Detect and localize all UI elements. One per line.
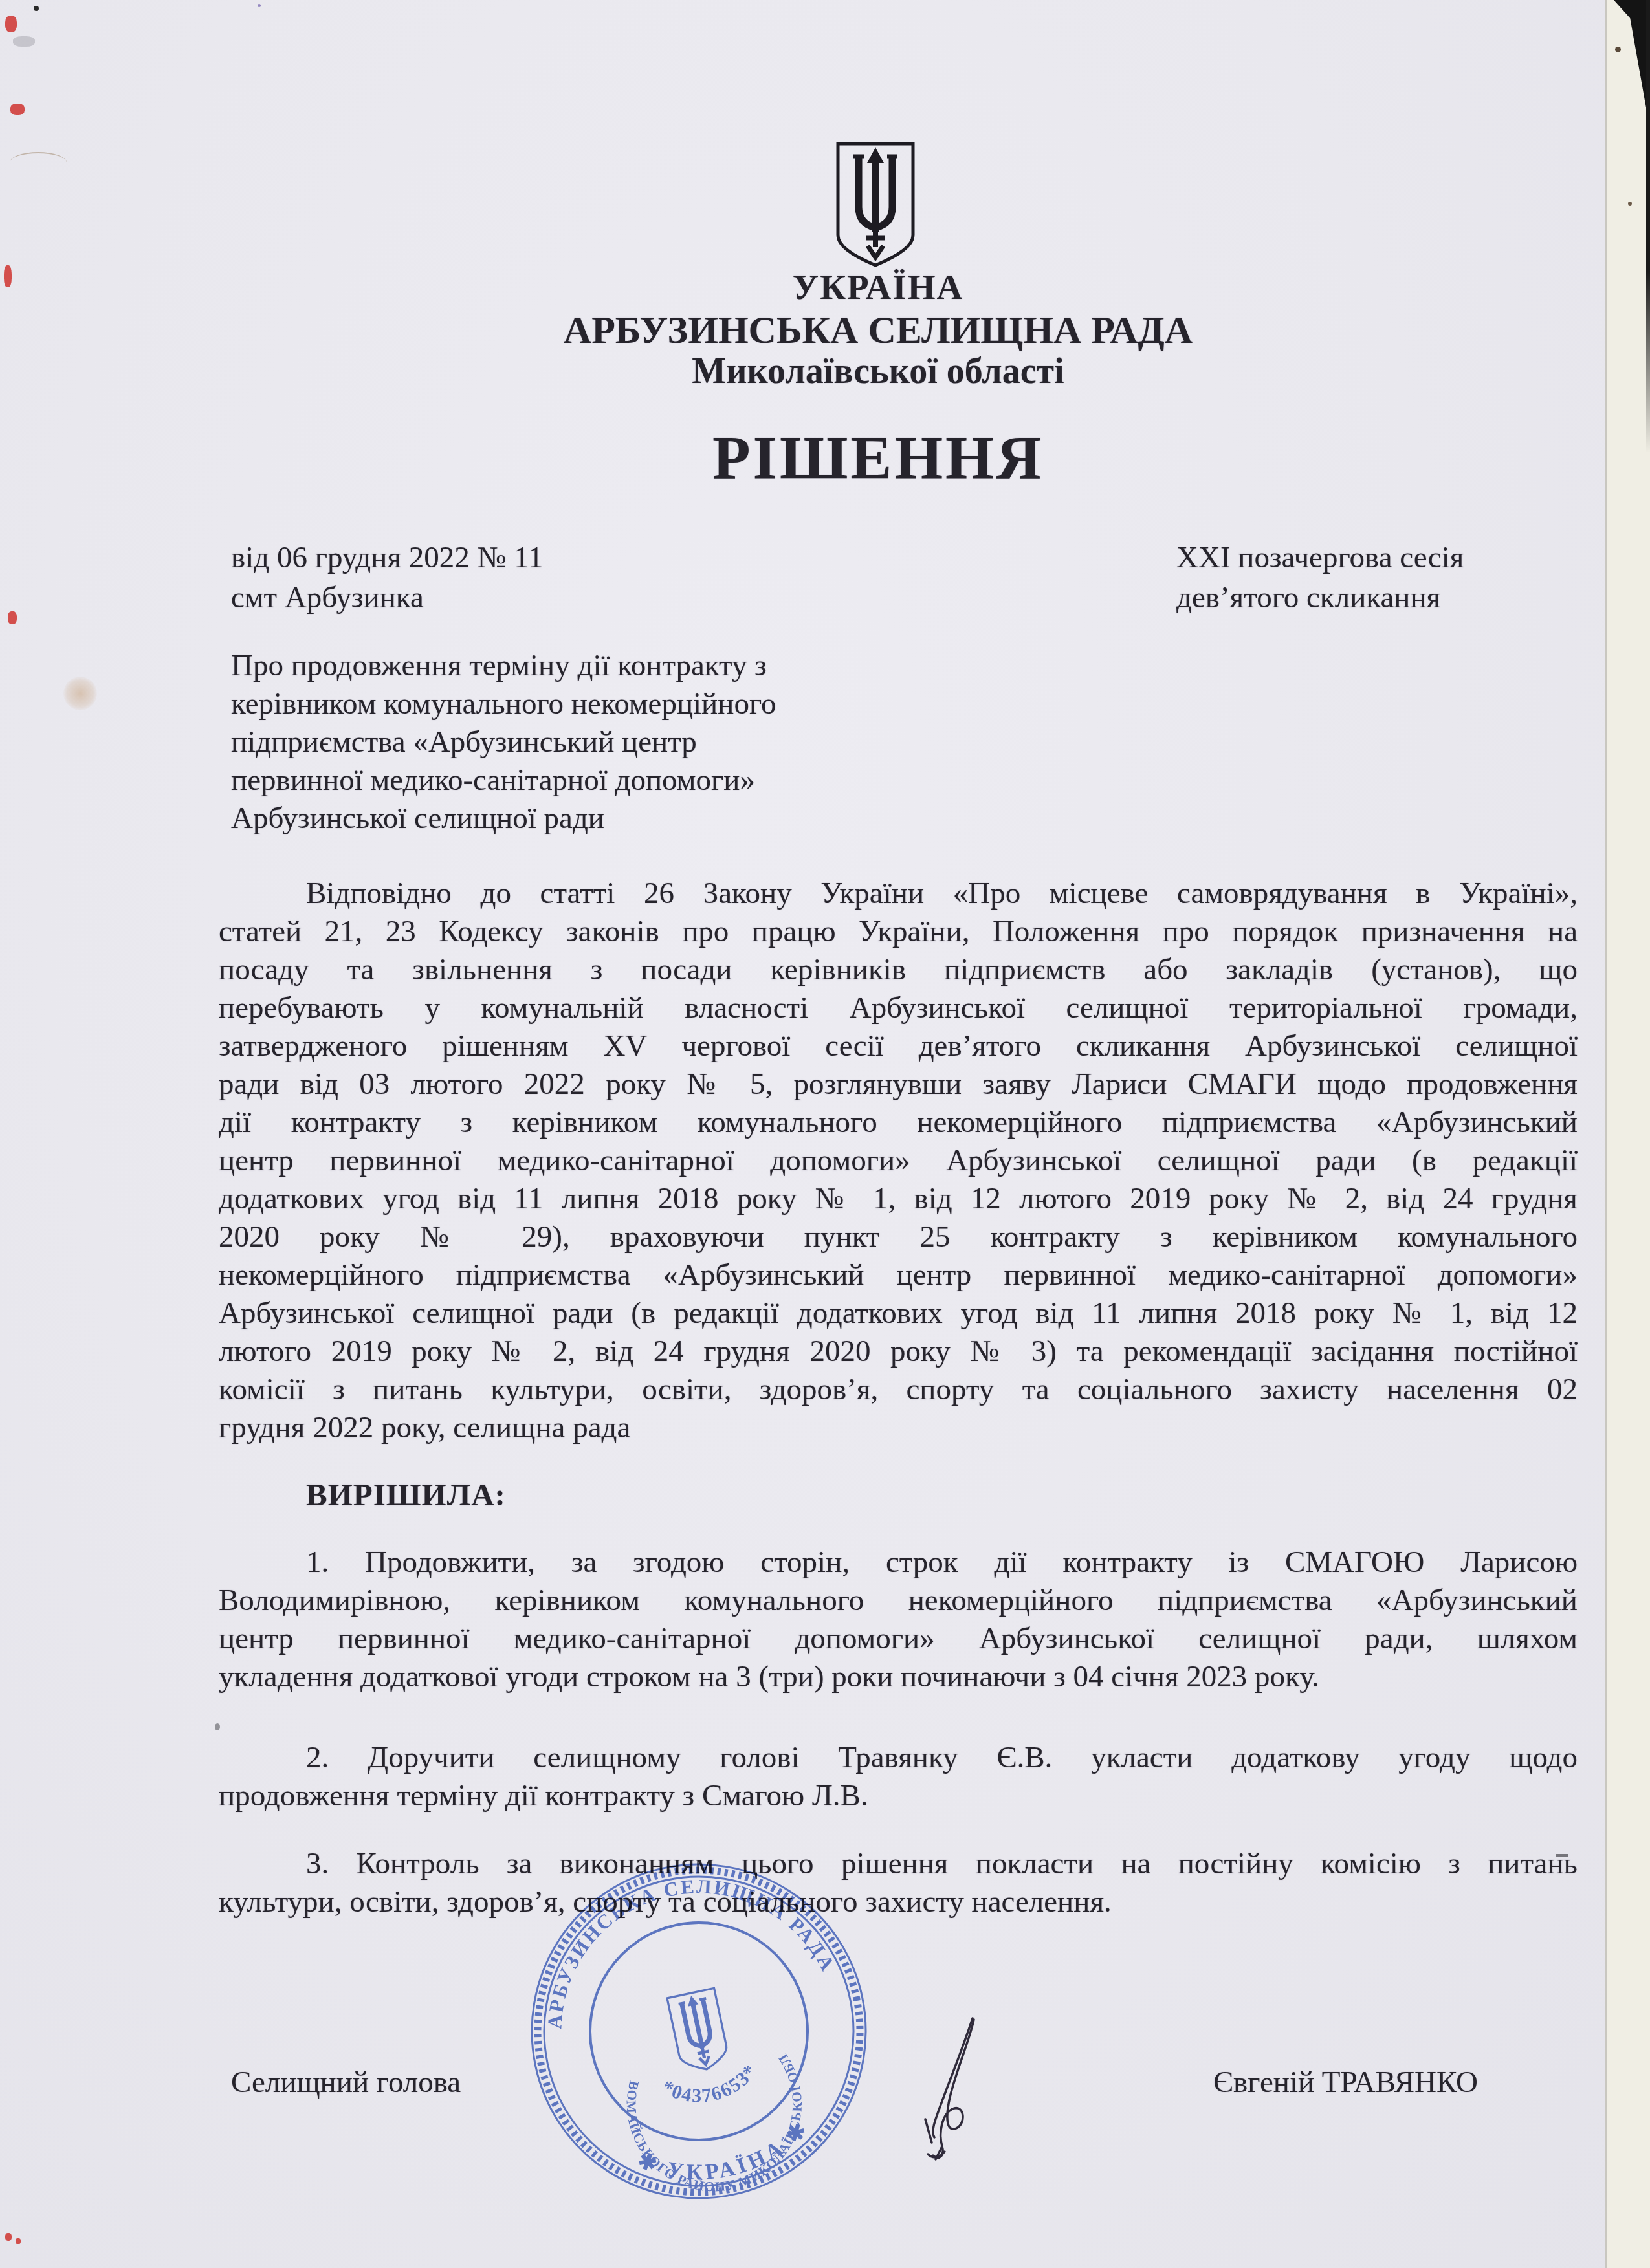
preamble-paragraph: Відповідно до статті 26 Закону України «…: [219, 875, 1578, 1447]
body-line: Арбузинської селищної ради (в редакції д…: [219, 1294, 1578, 1333]
red-edge-mark: [16, 2238, 21, 2244]
signer-position-title: Селищний голова: [231, 2065, 461, 2100]
subject-line: Про продовження терміну дії контракту з: [231, 647, 943, 685]
body-line: перебувають у комунальній власності Арбу…: [219, 989, 1578, 1027]
signer-name: Євгеній ТРАВЯНКО: [1213, 2065, 1478, 2100]
meta-place: смт Арбузинка: [231, 579, 424, 617]
stamp-trident-icon: [667, 1988, 731, 2074]
header-country: УКРАЇНА: [231, 267, 1525, 307]
body-line: лютого 2019 року № 2, від 24 грудня 2020…: [219, 1333, 1578, 1371]
official-round-stamp: АРБУЗИНСЬКА СЕЛИЩНА РАДА ✱ УКРАЇНА ✱ ПЕР…: [524, 1857, 874, 2206]
header-region: Миколаївської області: [231, 351, 1525, 392]
dust-speck: [34, 6, 39, 11]
body-line: дії контракту з керівником комунального …: [219, 1104, 1578, 1142]
body-line: статей 21, 23 Кодексу законів про працю …: [219, 913, 1578, 951]
resolved-heading: ВИРІШИЛА:: [306, 1476, 506, 1513]
dust-speck: [258, 4, 261, 7]
body-line: комісії з питань культури, освіти, здоро…: [219, 1371, 1578, 1409]
red-edge-mark: [10, 104, 25, 115]
red-edge-mark: [8, 611, 17, 624]
paper-stain: [63, 677, 97, 710]
header-org-name: АРБУЗИНСЬКА СЕЛИЩНА РАДА: [231, 308, 1525, 353]
decision-item-3: 3. Контроль за виконанням цього рішення …: [219, 1845, 1578, 1921]
item-line: культури, освіти, здоров’я, спорту та со…: [219, 1883, 1578, 1921]
meta-convocation: дев’ятого скликання: [1176, 579, 1440, 617]
scanner-background-band: [1605, 0, 1650, 2268]
item-line: 3. Контроль за виконанням цього рішення …: [219, 1845, 1578, 1883]
body-line: Відповідно до статті 26 Закону України «…: [219, 875, 1578, 913]
subject-line: первинної медико-санітарної допомоги»: [231, 761, 943, 800]
hair-artifact: [10, 152, 67, 173]
item-line: 1. Продовжити, за згодою сторін, строк д…: [219, 1543, 1578, 1582]
scanned-decision-document: УКРАЇНА АРБУЗИНСЬКА СЕЛИЩНА РАДА Миколаї…: [0, 0, 1650, 2268]
subject-block: Про продовження терміну дії контракту з …: [231, 647, 943, 838]
red-edge-mark: [5, 16, 17, 32]
decision-item-1: 1. Продовжити, за згодою сторін, строк д…: [219, 1543, 1578, 1696]
subject-line: Арбузинської селищної ради: [231, 800, 943, 838]
body-line: посаду та звільнення з посади керівників…: [219, 951, 1578, 989]
body-line: 2020 року № 29), враховуючи пункт 25 кон…: [219, 1218, 1578, 1256]
handwritten-signature: [906, 1992, 1100, 2186]
pencil-smudge: [13, 36, 35, 47]
dust-speck: [1615, 47, 1621, 52]
scan-edge-shadow: [1646, 0, 1650, 453]
decision-item-2: 2. Доручити селищному голові Травянку Є.…: [219, 1739, 1578, 1815]
item-line: Володимирівною, керівником комунального …: [219, 1582, 1578, 1620]
item-line: центр первинної медико-санітарної допомо…: [219, 1620, 1578, 1658]
body-line: грудня 2022 року, селищна рада: [219, 1409, 1578, 1447]
body-line: ради від 03 лютого 2022 року № 5, розгля…: [219, 1065, 1578, 1104]
dust-speck: [1628, 202, 1632, 206]
ukraine-trident-emblem-icon: [830, 140, 921, 269]
subject-line: керівником комунального некомерційного: [231, 685, 943, 723]
body-line: центр первинної медико-санітарної допомо…: [219, 1142, 1578, 1180]
body-line: додаткових угод від 11 липня 2018 року №…: [219, 1180, 1578, 1218]
body-line: некомерційного підприємства «Арбузинськи…: [219, 1256, 1578, 1294]
ink-speck: [215, 1723, 220, 1730]
red-edge-mark: [5, 2233, 12, 2241]
red-edge-mark: [4, 265, 12, 287]
meta-date-number: від 06 грудня 2022 № 11: [231, 539, 543, 577]
subject-line: підприємства «Арбузинський центр: [231, 723, 943, 761]
document-title: РІШЕННЯ: [231, 422, 1525, 494]
item-line: укладення додаткової угоди строком на 3 …: [219, 1658, 1578, 1696]
item-line: продовження терміну дії контракту з Смаг…: [219, 1777, 1578, 1815]
item-line: 2. Доручити селищному голові Травянку Є.…: [219, 1739, 1578, 1777]
meta-session: ХХІ позачергова сесія: [1176, 539, 1464, 577]
body-line: затвердженого рішенням ХV чергової сесії…: [219, 1027, 1578, 1065]
